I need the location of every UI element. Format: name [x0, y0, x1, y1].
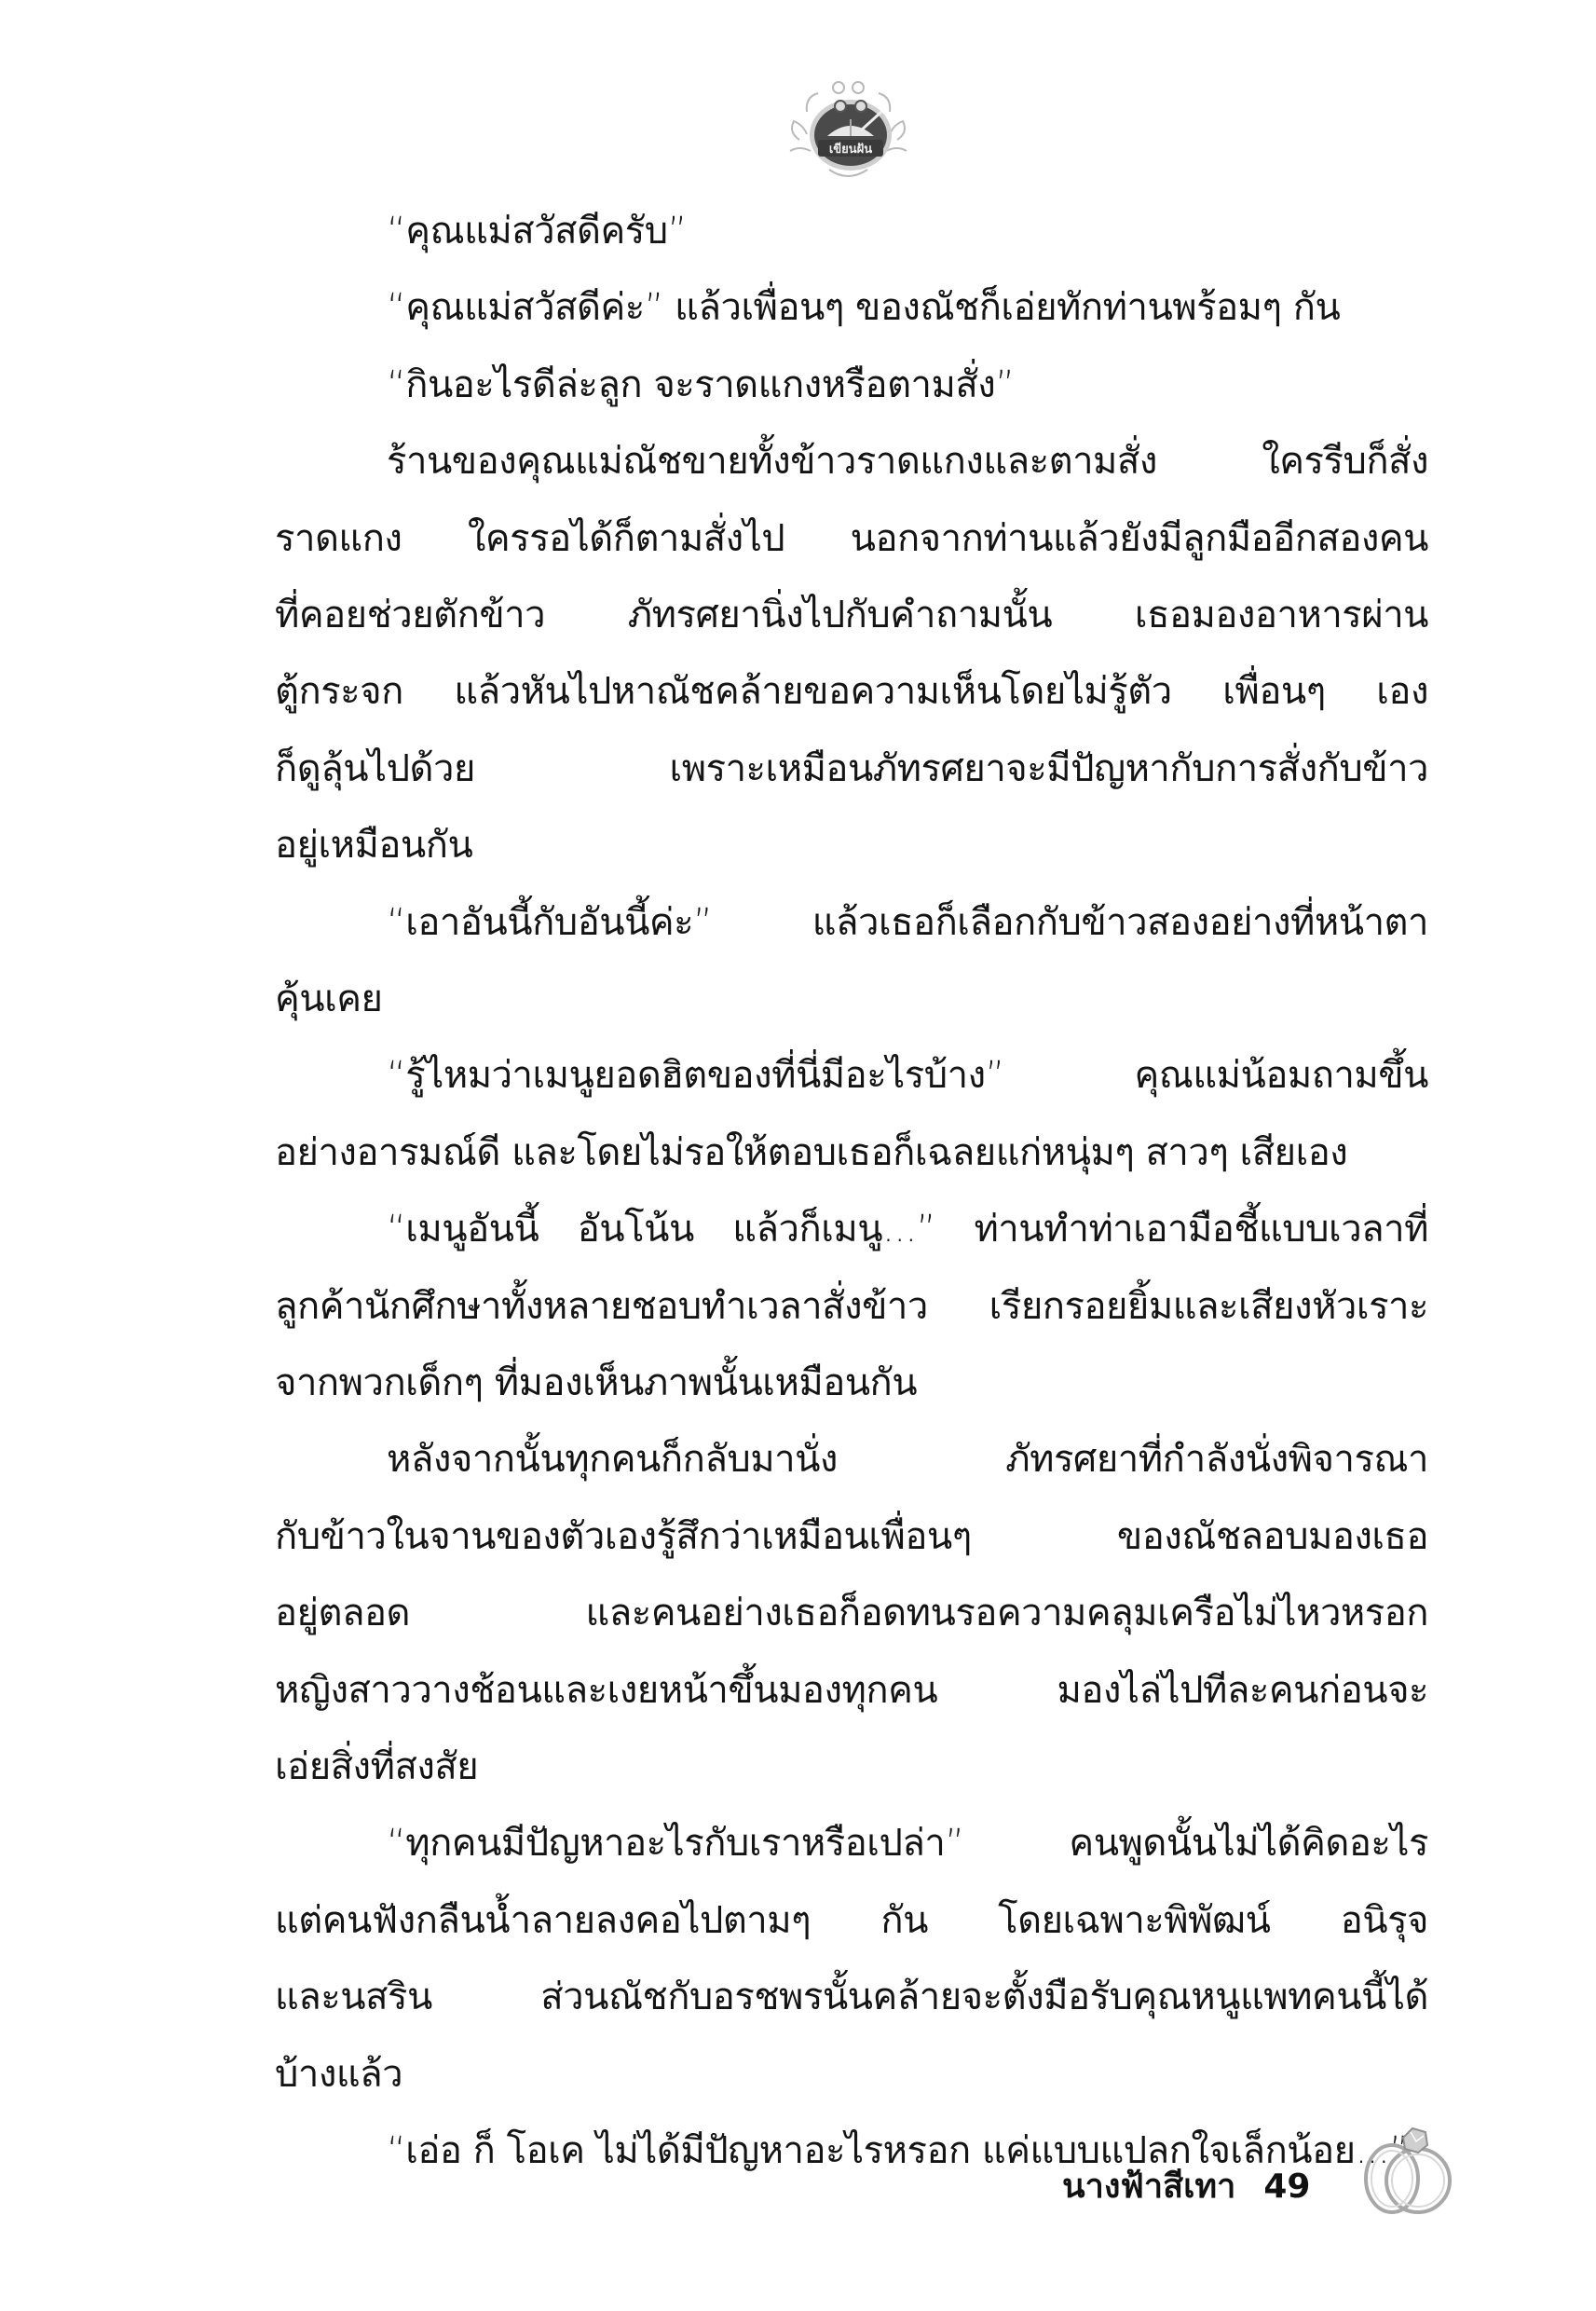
- text-line: “ทุกคนมีปัญหาอะไรกับเราหรือเปล่า” คนพูดน…: [387, 1815, 1428, 1871]
- text-line: หลังจากนั้นทุกคนก็กลับมานั่ง ภัทรศยาที่ก…: [387, 1431, 1428, 1487]
- text-line: และนสริน ส่วนณัชกับอรชพรนั้นคล้ายจะตั้งม…: [275, 1969, 1428, 2025]
- text-line: ตู้กระจก แล้วหันไปหาณัชคล้ายขอความเห็นโด…: [275, 663, 1428, 719]
- text-line: อยู่ตลอด และคนอย่างเธอก็อดทนรอความคลุมเค…: [275, 1585, 1428, 1641]
- text-line: อยู่เหมือนกัน: [275, 817, 1428, 873]
- text-line: “รู้ไหมว่าเมนูยอดฮิตของที่นี่มีอะไรบ้าง”…: [387, 1047, 1428, 1103]
- text-line: เอ่ยสิ่งที่สงสัย: [275, 1739, 1428, 1795]
- text-line: “คุณแม่สวัสดีครับ”: [387, 203, 1428, 259]
- text-line: แต่คนฟังกลืนน้ำลายลงคอไปตามๆ กัน โดยเฉพา…: [275, 1893, 1428, 1949]
- text-line: “เอาอันนี้กับอันนี้ค่ะ” แล้วเธอก็เลือกกั…: [387, 895, 1428, 950]
- book-quill-emblem-icon: เขียนฝัน: [781, 75, 916, 182]
- text-line: ราดแกง ใครรอได้ก็ตามสั่งไป นอกจากท่านแล้…: [275, 511, 1428, 567]
- running-footer: นางฟ้าสีเทา49: [1062, 2164, 1310, 2210]
- text-line: ลูกค้านักศึกษาทั้งหลายชอบทำเวลาสั่งข้าว …: [275, 1279, 1428, 1334]
- text-line: ที่คอยช่วยตักข้าว ภัทรศยานิ่งไปกับคำถามน…: [275, 587, 1428, 643]
- text-line: “กินอะไรดีล่ะลูก จะราดแกงหรือตามสั่ง”: [387, 357, 1428, 413]
- text-line: อย่างอารมณ์ดี และโดยไม่รอให้ตอบเธอก็เฉลย…: [275, 1125, 1428, 1181]
- text-line: “เมนูอันนี้ อันโน้น แล้วก็เมนู...” ท่านท…: [387, 1201, 1428, 1257]
- text-line: หญิงสาววางช้อนและเงยหน้าขึ้นมองทุกคน มอง…: [275, 1662, 1428, 1718]
- page-number: 49: [1263, 2167, 1310, 2206]
- book-page: เขียนฝัน “คุณแม่สวัสดีครับ”“คุณแม่สวัสดี…: [0, 0, 1596, 2311]
- text-line: จากพวกเด็กๆ ที่มองเห็นภาพนั้นเหมือนกัน: [275, 1355, 1428, 1411]
- text-line: “คุณแม่สวัสดีค่ะ” แล้วเพื่อนๆ ของณัชก็เอ…: [387, 280, 1428, 335]
- wedding-rings-icon: [1358, 2125, 1459, 2216]
- text-line: คุ้นเคย: [275, 971, 1428, 1027]
- text-line: ร้านของคุณแม่ณัชขายทั้งข้าวราดแกงและตามส…: [387, 433, 1428, 489]
- logo-text: เขียนฝัน: [829, 142, 872, 157]
- book-title: นางฟ้าสีเทา: [1062, 2167, 1235, 2206]
- text-line: บ้างแล้ว: [275, 2046, 1428, 2102]
- text-line: ก็ดูลุ้นไปด้วย เพราะเหมือนภัทรศยาจะมีปัญ…: [275, 741, 1428, 797]
- text-line: กับข้าวในจานของตัวเองรู้สึกว่าเหมือนเพื่…: [275, 1509, 1428, 1565]
